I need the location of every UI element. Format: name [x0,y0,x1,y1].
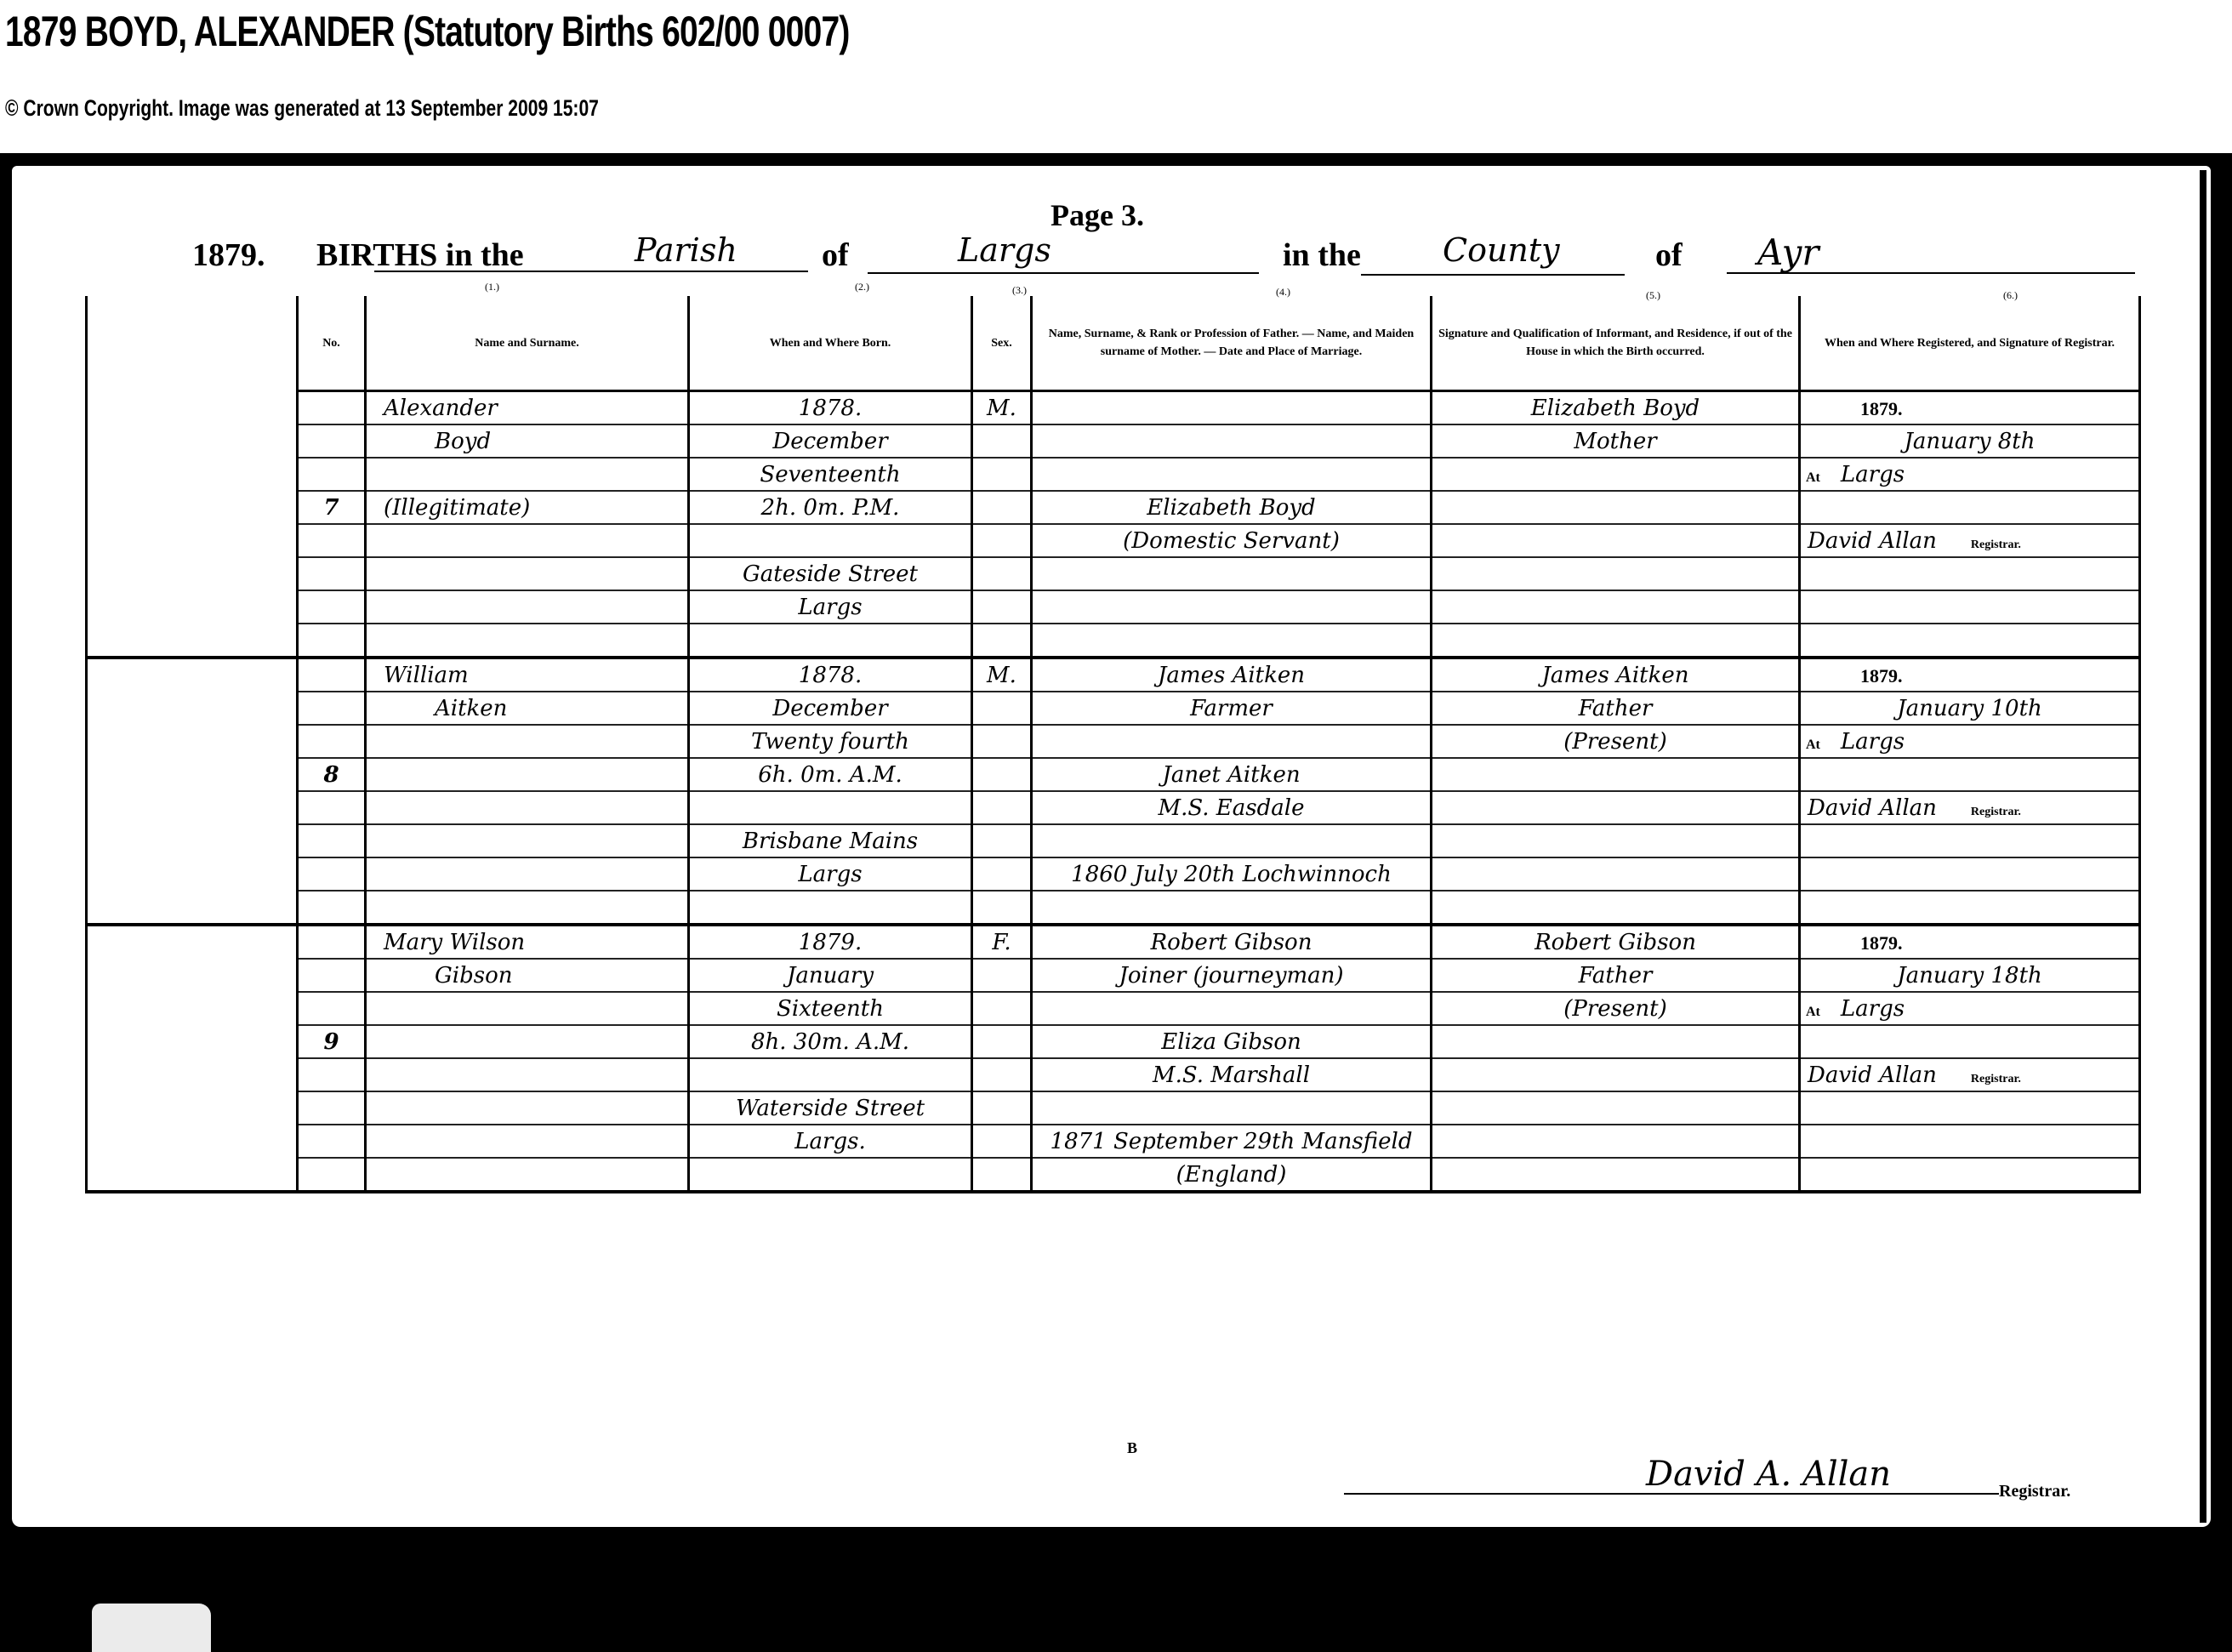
registration-info: AtLargs [1800,725,2140,758]
entry-line: William1878.M.James AitkenJames Aitken18… [87,658,2140,692]
margin-cell [87,959,298,992]
birth-when-where: Largs. [689,1125,972,1158]
entry-number [298,1091,366,1125]
child-name [366,758,689,791]
margin-cell [87,1158,298,1192]
registration-info [1800,824,2140,857]
entry-line: 7(Illegitimate)2h. 0m. P.M.Elizabeth Boy… [87,491,2140,524]
child-name: Boyd [366,424,689,458]
entry-number [298,590,366,624]
heading-underline-2 [868,272,1259,274]
entry-number [298,458,366,491]
entry-number [298,557,366,590]
registration-info: 1879. [1800,925,2140,959]
registrar-signature-entry: David Allan [1808,1062,1937,1088]
margin-cell [87,590,298,624]
child-name [366,1091,689,1125]
entry-line: Mary Wilson1879.F.Robert GibsonRobert Gi… [87,925,2140,959]
heading-underline-3 [1361,274,1625,276]
entry-number [298,1158,366,1192]
child-name [366,1025,689,1058]
birth-when-where: December [689,424,972,458]
parents-info: Janet Aitken [1032,758,1432,791]
register-year: 1879. [192,236,265,274]
entry-line: 98h. 30m. A.M.Eliza Gibson [87,1025,2140,1058]
margin-cell [87,557,298,590]
entry-line: BoydDecemberMotherJanuary 8th [87,424,2140,458]
parents-info: Joiner (journeyman) [1032,959,1432,992]
margin-cell [87,891,298,925]
entry-line: Gateside Street [87,557,2140,590]
child-sex [972,1158,1032,1192]
parents-info [1032,992,1432,1025]
entry-line [87,624,2140,658]
margin-cell [87,725,298,758]
child-sex [972,891,1032,925]
informant-info: Mother [1432,424,1800,458]
parents-info [1032,725,1432,758]
entry-number [298,891,366,925]
margin-cell [87,1058,298,1091]
entry-number [298,1058,366,1091]
informant-info: Father [1432,692,1800,725]
footnote-1: (1.) [485,281,499,293]
child-sex [972,624,1032,658]
birth-when-where [689,1058,972,1091]
column-header-name: Name and Surname. [366,296,689,391]
county-name: Ayr [1757,231,1819,273]
birth-when-where [689,524,972,557]
entry-line: Sixteenth(Present)AtLargs [87,992,2140,1025]
child-name [366,725,689,758]
registration-info [1800,1158,2140,1192]
table-header-row: No. Name and Surname. When and Where Bor… [87,296,2140,391]
child-sex [972,557,1032,590]
registration-year: 1879. [1860,932,1903,954]
column-header-informant: Signature and Qualification of Informant… [1432,296,1800,391]
entry-number [298,424,366,458]
child-sex [972,692,1032,725]
child-name [366,1158,689,1192]
entry-number [298,692,366,725]
registration-info: January 8th [1800,424,2140,458]
child-name [366,590,689,624]
child-sex [972,1058,1032,1091]
child-sex [972,1125,1032,1158]
births-register-table: No. Name and Surname. When and Where Bor… [85,296,2141,1193]
parents-info [1032,590,1432,624]
child-sex [972,1091,1032,1125]
informant-info [1432,524,1800,557]
child-name [366,1125,689,1158]
entry-number [298,824,366,857]
informant-info: Father [1432,959,1800,992]
margin-cell [87,857,298,891]
margin-cell [87,791,298,824]
copyright-notice: © Crown Copyright. Image was generated a… [5,95,599,122]
record-title: 1879 BOYD, ALEXANDER (Statutory Births 6… [5,7,850,56]
birth-when-where: 1879. [689,925,972,959]
informant-info [1432,1025,1800,1058]
registration-info [1800,624,2140,658]
margin-cell [87,692,298,725]
birth-when-where: Twenty fourth [689,725,972,758]
page-right-edge [2200,170,2206,1523]
margin-column [87,296,298,391]
birth-when-where: Brisbane Mains [689,824,972,857]
entry-number [298,725,366,758]
registration-place: Largs [1841,462,1905,487]
entry-line: (England) [87,1158,2140,1192]
scan-left-edge [0,153,12,1531]
entry-line: Largs1860 July 20th Lochwinnoch [87,857,2140,891]
column-header-born: When and Where Born. [689,296,972,391]
margin-cell [87,424,298,458]
child-sex [972,524,1032,557]
parents-info: Elizabeth Boyd [1032,491,1432,524]
parents-info: Robert Gibson [1032,925,1432,959]
informant-info: Elizabeth Boyd [1432,391,1800,425]
child-name [366,992,689,1025]
registration-info: 1879. [1800,658,2140,692]
birth-when-where [689,891,972,925]
column-header-sex: Sex. [972,296,1032,391]
page-number: Page 3. [1051,197,1144,233]
informant-info [1432,824,1800,857]
parents-info [1032,391,1432,425]
child-sex [972,824,1032,857]
child-sex [972,1025,1032,1058]
informant-info [1432,557,1800,590]
birth-when-where: Largs [689,590,972,624]
child-sex [972,491,1032,524]
column-header-no: No. [298,296,366,391]
child-name [366,791,689,824]
child-name: Aitken [366,692,689,725]
informant-info [1432,791,1800,824]
margin-cell [87,992,298,1025]
child-sex [972,458,1032,491]
margin-cell [87,1091,298,1125]
footnote-2: (2.) [855,281,869,293]
registration-place: Largs [1841,996,1905,1022]
in-the-label: in the [1283,236,1361,274]
parents-info: M.S. Marshall [1032,1058,1432,1091]
birth-when-where: 2h. 0m. P.M. [689,491,972,524]
registration-info: David AllanRegistrar. [1800,1058,2140,1091]
child-sex [972,959,1032,992]
child-sex [972,791,1032,824]
entry-line: AitkenDecemberFarmerFatherJanuary 10th [87,692,2140,725]
registration-year: 1879. [1860,398,1903,419]
informant-info: Robert Gibson [1432,925,1800,959]
birth-when-where: 6h. 0m. A.M. [689,758,972,791]
at-label: At [1806,1005,1820,1019]
parents-info: M.S. Easdale [1032,791,1432,824]
district-type: Parish [635,231,737,269]
child-name: Mary Wilson [366,925,689,959]
parents-info [1032,424,1432,458]
birth-when-where [689,791,972,824]
child-name: William [366,658,689,692]
margin-cell [87,1025,298,1058]
column-header-parents: Name, Surname, & Rank or Profession of F… [1032,296,1432,391]
child-sex [972,992,1032,1025]
birth-when-where: 1878. [689,391,972,425]
parents-info [1032,824,1432,857]
margin-cell [87,658,298,692]
at-label: At [1806,738,1820,752]
birth-when-where: 1878. [689,658,972,692]
margin-cell [87,391,298,425]
parents-info [1032,1091,1432,1125]
registration-info [1800,758,2140,791]
child-name [366,1058,689,1091]
entry-number: 7 [298,491,366,524]
entry-number [298,791,366,824]
margin-cell [87,524,298,557]
child-sex [972,725,1032,758]
parents-info: Farmer [1032,692,1432,725]
birth-when-where: Waterside Street [689,1091,972,1125]
heading-underline-4 [1727,272,2135,274]
entry-line: M.S. MarshallDavid AllanRegistrar. [87,1058,2140,1091]
entry-number [298,624,366,658]
registration-info [1800,891,2140,925]
informant-info [1432,1058,1800,1091]
registration-info: AtLargs [1800,458,2140,491]
registrar-label-entry: Registrar. [1971,538,2021,551]
parents-info [1032,891,1432,925]
birth-when-where: December [689,692,972,725]
informant-info [1432,857,1800,891]
registration-info: 1879. [1800,391,2140,425]
registration-info [1800,1025,2140,1058]
parents-info [1032,557,1432,590]
entry-number: 9 [298,1025,366,1058]
informant-info [1432,1125,1800,1158]
child-sex: M. [972,391,1032,425]
child-sex [972,758,1032,791]
birth-when-where [689,624,972,658]
parents-info: 1860 July 20th Lochwinnoch [1032,857,1432,891]
entry-number [298,959,366,992]
entry-number [298,925,366,959]
child-name [366,824,689,857]
births-in-the-label: BIRTHS in the [316,236,524,274]
entry-number [298,857,366,891]
county-word: County [1443,231,1560,269]
registration-info [1800,590,2140,624]
child-name [366,524,689,557]
registrar-signature: David A. Allan [1646,1455,1891,1494]
registration-info [1800,1091,2140,1125]
entry-number [298,391,366,425]
registration-info: AtLargs [1800,992,2140,1025]
birth-when-where: 8h. 30m. A.M. [689,1025,972,1058]
birth-when-where [689,1158,972,1192]
parents-info: (Domestic Servant) [1032,524,1432,557]
informant-info: (Present) [1432,992,1800,1025]
birth-when-where: Gateside Street [689,557,972,590]
child-name [366,624,689,658]
entry-line: M.S. EasdaleDavid AllanRegistrar. [87,791,2140,824]
child-sex: F. [972,925,1032,959]
registrar-signature-entry: David Allan [1808,528,1937,554]
entry-number [298,658,366,692]
informant-info [1432,590,1800,624]
child-sex: M. [972,658,1032,692]
registration-info: David AllanRegistrar. [1800,791,2140,824]
registration-info [1800,491,2140,524]
informant-info [1432,1091,1800,1125]
informant-info: (Present) [1432,725,1800,758]
registration-info [1800,857,2140,891]
child-sex [972,857,1032,891]
registration-info: January 18th [1800,959,2140,992]
entry-line: Twenty fourth(Present)AtLargs [87,725,2140,758]
parents-info: 1871 September 29th Mansfield [1032,1125,1432,1158]
entry-line: 86h. 0m. A.M.Janet Aitken [87,758,2140,791]
child-sex [972,590,1032,624]
entry-number: 8 [298,758,366,791]
registrar-label-entry: Registrar. [1971,806,2021,818]
entry-line: Largs [87,590,2140,624]
margin-cell [87,758,298,791]
margin-cell [87,624,298,658]
at-label: At [1806,470,1820,485]
footnote-3: (3.) [1012,284,1027,297]
child-sex [972,424,1032,458]
registration-year: 1879. [1860,665,1903,686]
child-name [366,458,689,491]
scan-artifact [92,1604,211,1652]
entry-line: Waterside Street [87,1091,2140,1125]
parents-info: James Aitken [1032,658,1432,692]
birth-when-where: Largs [689,857,972,891]
informant-info [1432,491,1800,524]
column-header-registered: When and Where Registered, and Signature… [1800,296,2140,391]
child-name: (Illegitimate) [366,491,689,524]
parents-info: (England) [1032,1158,1432,1192]
birth-when-where: Seventeenth [689,458,972,491]
entry-line: Largs.1871 September 29th Mansfield [87,1125,2140,1158]
registration-info: David AllanRegistrar. [1800,524,2140,557]
registrar-label: Registrar. [1999,1482,2070,1501]
parents-info [1032,624,1432,658]
margin-cell [87,925,298,959]
heading-underline-1 [374,271,808,272]
entry-line [87,891,2140,925]
margin-cell [87,491,298,524]
informant-info [1432,624,1800,658]
district-name: Largs [958,231,1051,269]
registration-info [1800,1125,2140,1158]
entry-line: GibsonJanuaryJoiner (journeyman)FatherJa… [87,959,2140,992]
parents-info: Eliza Gibson [1032,1025,1432,1058]
child-name [366,891,689,925]
child-name [366,857,689,891]
child-name: Gibson [366,959,689,992]
informant-info [1432,1158,1800,1192]
informant-info [1432,891,1800,925]
registration-place: Largs [1841,729,1905,755]
entry-line: SeventeenthAtLargs [87,458,2140,491]
entry-number [298,992,366,1025]
informant-info [1432,458,1800,491]
entry-line: (Domestic Servant)David AllanRegistrar. [87,524,2140,557]
registrar-signature-entry: David Allan [1808,795,1937,821]
bottom-mark: B [1127,1439,1137,1457]
registration-info [1800,557,2140,590]
registrar-label-entry: Registrar. [1971,1073,2021,1085]
margin-cell [87,458,298,491]
informant-info [1432,758,1800,791]
child-name: Alexander [366,391,689,425]
informant-info: James Aitken [1432,658,1800,692]
birth-when-where: January [689,959,972,992]
birth-when-where: Sixteenth [689,992,972,1025]
entry-number [298,1125,366,1158]
child-name [366,557,689,590]
parents-info [1032,458,1432,491]
of-label-2: of [1655,236,1683,274]
registration-info: January 10th [1800,692,2140,725]
entry-line: Brisbane Mains [87,824,2140,857]
entry-number [298,524,366,557]
of-label-1: of [822,236,849,274]
margin-cell [87,1125,298,1158]
margin-cell [87,824,298,857]
entry-line: Alexander1878.M.Elizabeth Boyd1879. [87,391,2140,425]
